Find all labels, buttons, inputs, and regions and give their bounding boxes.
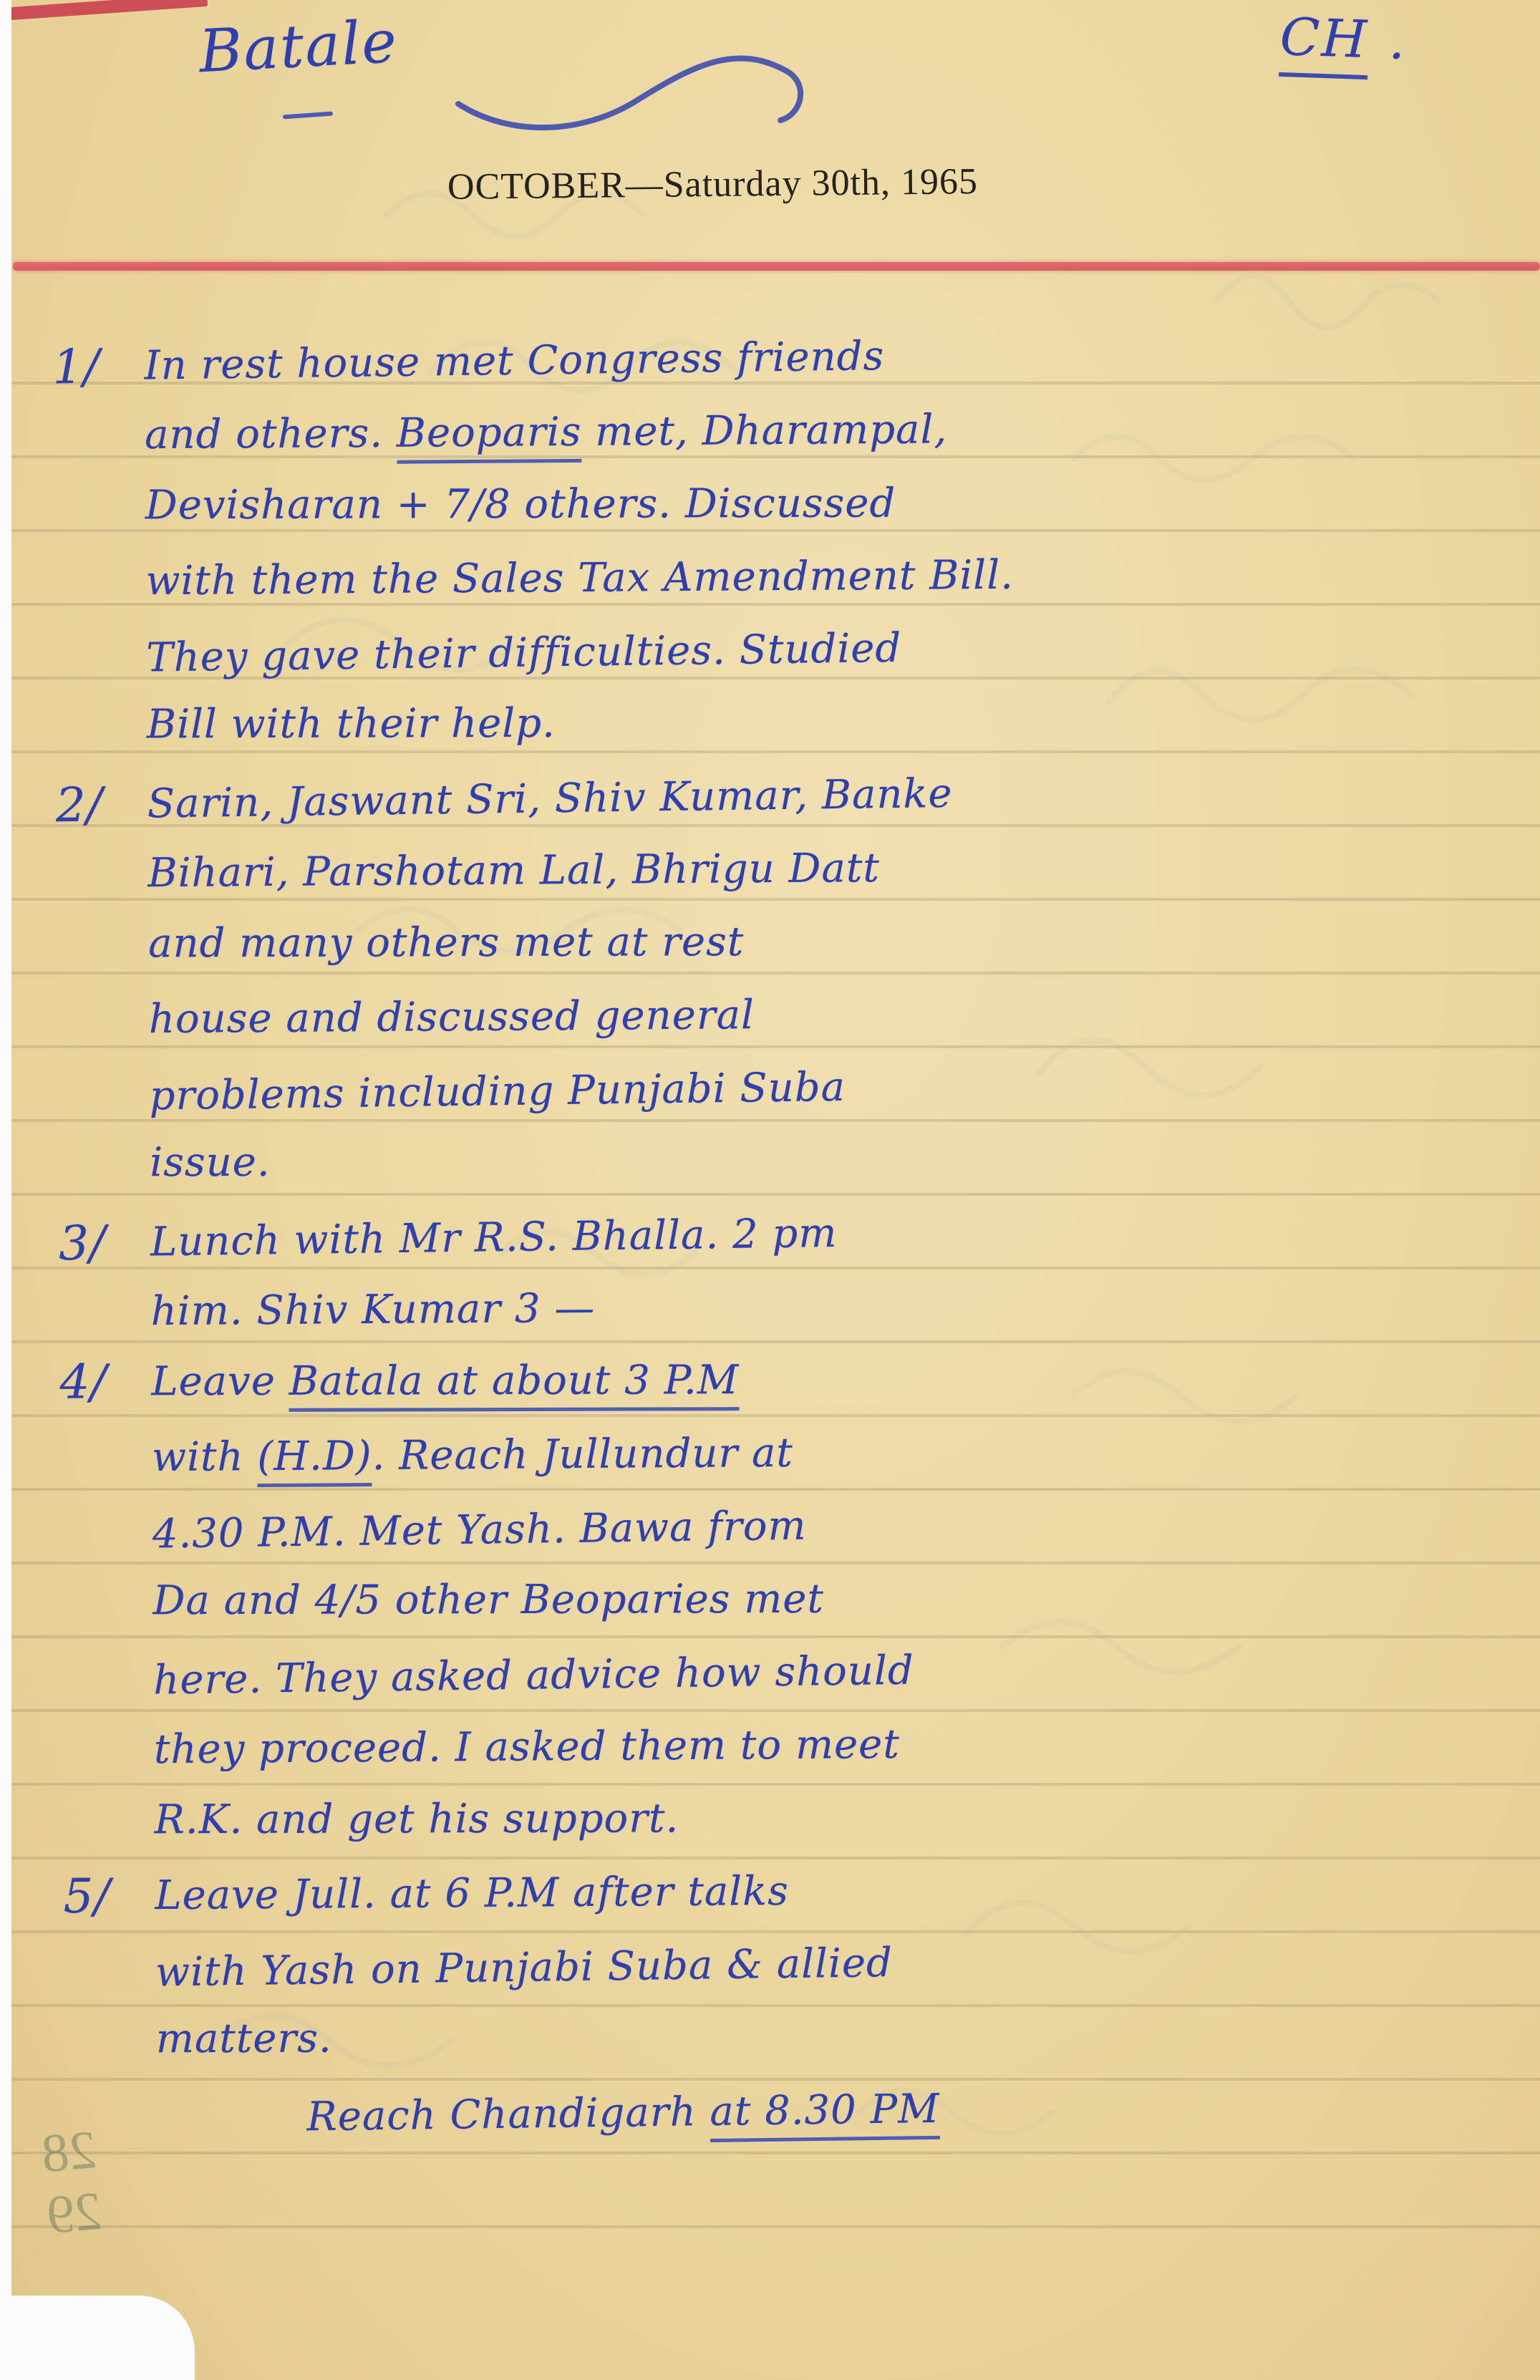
handwriting-line: Da and 4/5 other Beoparies met [45, 1563, 1521, 1640]
handwriting-line: 4/Leave Batala at about 3 P.M [44, 1344, 1519, 1421]
handwriting-text: Bihari, Parshotam Lal, Bhrigu Datt [147, 845, 880, 896]
place-annotation: Batale [198, 8, 399, 86]
handwriting-line: problems including Punjabi Suba [42, 1045, 1518, 1137]
item-number: 2/ [55, 770, 103, 840]
batale-underline-mark [283, 112, 333, 120]
handwriting-line: matters. [49, 2001, 1524, 2078]
handwriting-line: Reach Chandigarh at 8.30 PM [199, 2067, 1525, 2157]
handwriting-line: R.K. and get his support. [47, 1782, 1523, 1859]
handwriting-line: Bihari, Parshotam Lal, Bhrigu Datt [40, 830, 1516, 913]
underlined-phrase: Batala at about 3 P.M [289, 1357, 740, 1412]
flourish-stroke [451, 29, 852, 143]
handwriting-text: Bill with their help. [147, 700, 556, 748]
handwriting-text: matters. [156, 2016, 332, 2063]
handwriting-line: Bill with their help. [39, 687, 1515, 763]
handwriting-text: here. They asked advice how should [153, 1648, 914, 1704]
handwriting-line: him. Shiv Kumar 3 — [43, 1268, 1519, 1351]
handwriting-line: they proceed. I asked them to meet [47, 1706, 1523, 1789]
handwriting-text: with Yash on Punjabi Suba & allied [155, 1940, 894, 1996]
printed-date-header: OCTOBER—Saturday 30th, 1965 [0, 156, 1425, 213]
diary-body: 1/In rest house met Congress friendsand … [37, 319, 1525, 2154]
handwriting-line: and others. Beoparis met, Dharampal, [37, 392, 1514, 475]
handwriting-text: and many others met at rest [148, 919, 744, 967]
handwriting-text: problems including Punjabi Suba [149, 1064, 846, 1120]
item-number: 3/ [58, 1209, 106, 1278]
handwriting-text: In rest house met Congress friends [144, 333, 885, 390]
handwriting-text: they proceed. I asked them to meet [154, 1721, 900, 1773]
diary-page-scan: Batale CH. OCTOBER—Saturday 30th, 1965 1… [0, 0, 1540, 2380]
underlined-phrase: (H.D) [257, 1433, 372, 1487]
underlined-phrase: at 8.30 PM [710, 2086, 940, 2142]
handwriting-text: Da and 4/5 other Beoparies met [152, 1576, 824, 1624]
red-header-rule [13, 262, 1540, 271]
handwriting-line: Devisharan + 7/8 others. Discussed [38, 468, 1514, 544]
handwriting-line: issue. [42, 1125, 1518, 1201]
handwriting-text: They gave their difficulties. Studied [146, 625, 902, 682]
handwriting-text: him. Shiv Kumar 3 — [150, 1285, 595, 1335]
handwriting-text: 4.30 P.M. Met Yash. Bawa from [152, 1503, 807, 1558]
handwriting-line: They gave their difficulties. Studied [39, 606, 1515, 699]
initials-text: CH [1279, 6, 1370, 79]
handwriting-text: Leave Jull. at 6 P.M after talks [155, 1868, 789, 1919]
item-number: 5/ [63, 1862, 111, 1931]
handwriting-text: and others. Beoparis met, Dharampal, [145, 406, 947, 463]
handwriting-text: Leave Batala at about 3 P.M [151, 1357, 739, 1412]
handwriting-text: house and discussed general [149, 992, 755, 1043]
handwriting-line: 4.30 P.M. Met Yash. Bawa from [44, 1483, 1521, 1575]
handwriting-text: issue. [150, 1139, 271, 1186]
item-number: 4/ [59, 1348, 107, 1416]
handwriting-text: with (H.D). Reach Jullundur at [152, 1430, 793, 1487]
bleed-number: 29 [44, 2180, 104, 2246]
handwriting-text: Sarin, Jaswant Sri, Shiv Kumar, Banke [147, 770, 953, 828]
scan-edge-left [0, 0, 11, 2380]
handwriting-line: with Yash on Punjabi Suba & allied [48, 1920, 1524, 2013]
paper-cut-notch [0, 2296, 195, 2380]
bleed-number: 28 [39, 2119, 99, 2185]
handwriting-line: and many others met at rest [41, 906, 1516, 982]
handwriting-text: with them the Sales Tax Amendment Bill. [145, 552, 1014, 604]
handwriting-text: R.K. and get his support. [155, 1795, 679, 1843]
handwriting-text: Lunch with Mr R.S. Bhalla. 2 pm [150, 1210, 838, 1266]
red-line-fragment-top [0, 0, 208, 22]
handwriting-text: Reach Chandigarh at 8.30 PM [306, 2086, 940, 2142]
bleed-through-page-numbers: 28 29 [39, 2119, 105, 2246]
item-number: 1/ [52, 332, 100, 402]
handwriting-text: Devisharan + 7/8 others. Discussed [145, 480, 896, 529]
initials-period: . [1388, 10, 1409, 71]
underlined-phrase: Beoparis [397, 409, 582, 464]
initials-annotation: CH. [1279, 6, 1409, 71]
